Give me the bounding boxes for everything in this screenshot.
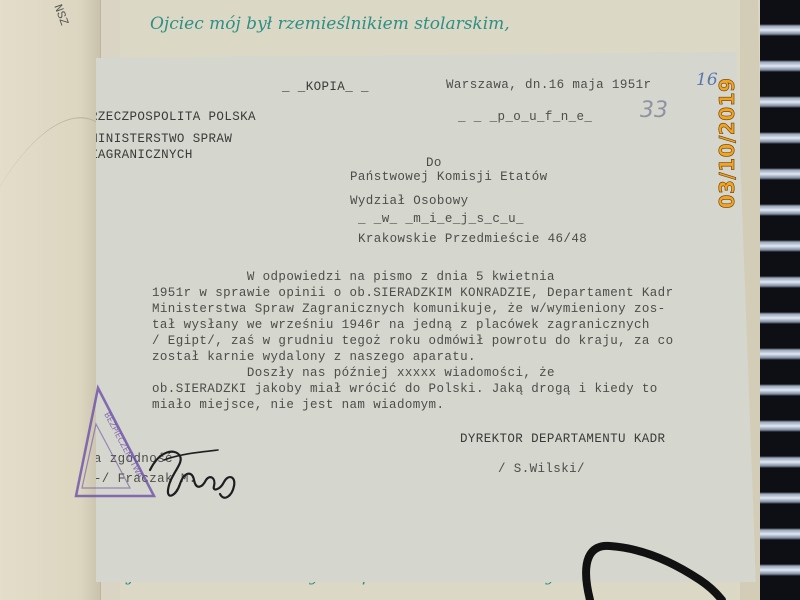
black-cable	[570, 540, 730, 600]
recipient-line-4: Krakowskie Przedmieście 46/48	[358, 232, 587, 246]
signatory-title: DYREKTOR DEPARTAMENTU KADR	[460, 432, 665, 446]
sender-line-2: MINISTERSTWO SPRAW	[90, 132, 232, 146]
datestamp-text: 03/10/2019	[715, 77, 739, 208]
sender-line-3: ZAGRANICZNYCH	[90, 148, 193, 162]
pencil-number: 33	[640, 98, 668, 123]
recipient-to: Do	[426, 156, 442, 170]
body-line-8: ob.SIERADZKI jakoby miał wrócić do Polsk…	[152, 382, 658, 396]
handwritten-signature	[140, 440, 250, 515]
left-binder-page: NSZ	[0, 0, 101, 600]
body-line-7: Doszły nas później xxxxx wiadomości, że	[152, 366, 555, 380]
window-blinds	[760, 0, 800, 600]
recipient-line-3: _ _w_ _m_i_e_j_s_c_u_	[358, 212, 524, 226]
body-line-2: 1951r w sprawie opinii o ob.SIERADZKIM K…	[152, 286, 673, 300]
handwriting-top-line: Ojciec mój był rzemieślnikiem stolarskim…	[150, 14, 510, 34]
body-line-4: tał wysłany we wrześniu 1946r na jedną z…	[152, 318, 650, 332]
recipient-line-1: Państwowej Komisji Etatów	[350, 170, 548, 184]
camera-datestamp: 03/10/2019	[712, 80, 742, 205]
recipient-line-2: Wydział Osobowy	[350, 194, 469, 208]
signatory-name: / S.Wilski/	[498, 462, 585, 476]
sender-line-1: RZECZPOSPOLITA POLSKA	[90, 110, 256, 124]
body-line-9: miało miejsce, nie jest nam wiadomym.	[152, 398, 444, 412]
body-line-5: / Egipt/, zaś w grudniu tegoż roku odmów…	[152, 334, 673, 348]
binder-stub-text: NSZ	[51, 2, 72, 27]
body-line-1: W odpowiedzi na pismo z dnia 5 kwietnia	[152, 270, 555, 284]
copy-label: _ _KOPIA_ _	[282, 80, 369, 94]
body-line-3: Ministerstwa Spraw Zagranicznych komunik…	[152, 302, 666, 316]
body-line-6: został karnie wydalony z naszego aparatu…	[152, 350, 476, 364]
place-date: Warszawa, dn.16 maja 1951r	[446, 78, 651, 92]
classification: _ _ _p_o_u_f_n_e_	[458, 110, 592, 124]
